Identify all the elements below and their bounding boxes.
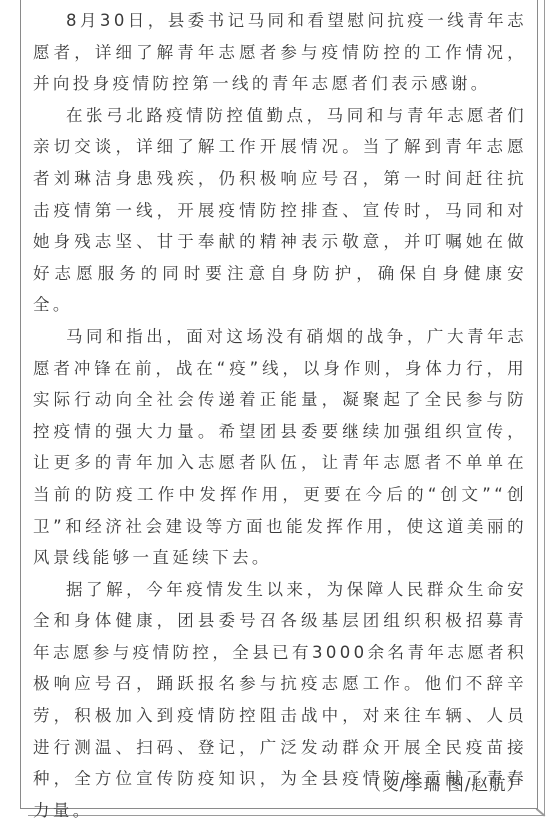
paragraph-visit: 8月30日，县委书记马同和看望慰问抗疫一线青年志愿者，详细了解青年志愿者参与疫情…	[33, 5, 527, 100]
author-credit: （文/李瑞 图/赵航）	[365, 769, 524, 801]
paragraph-checkpoint: 在张弓北路疫情防控值勤点，马同和与青年志愿者们亲切交谈，详细了解工作开展情况。当…	[33, 100, 527, 321]
article-body: 8月30日，县委书记马同和看望慰问抗疫一线青年志愿者，详细了解青年志愿者参与疫情…	[33, 5, 527, 826]
paragraph-remarks: 马同和指出，面对这场没有硝烟的战争，广大青年志愿者冲锋在前，战在“疫”线，以身作…	[33, 321, 527, 574]
